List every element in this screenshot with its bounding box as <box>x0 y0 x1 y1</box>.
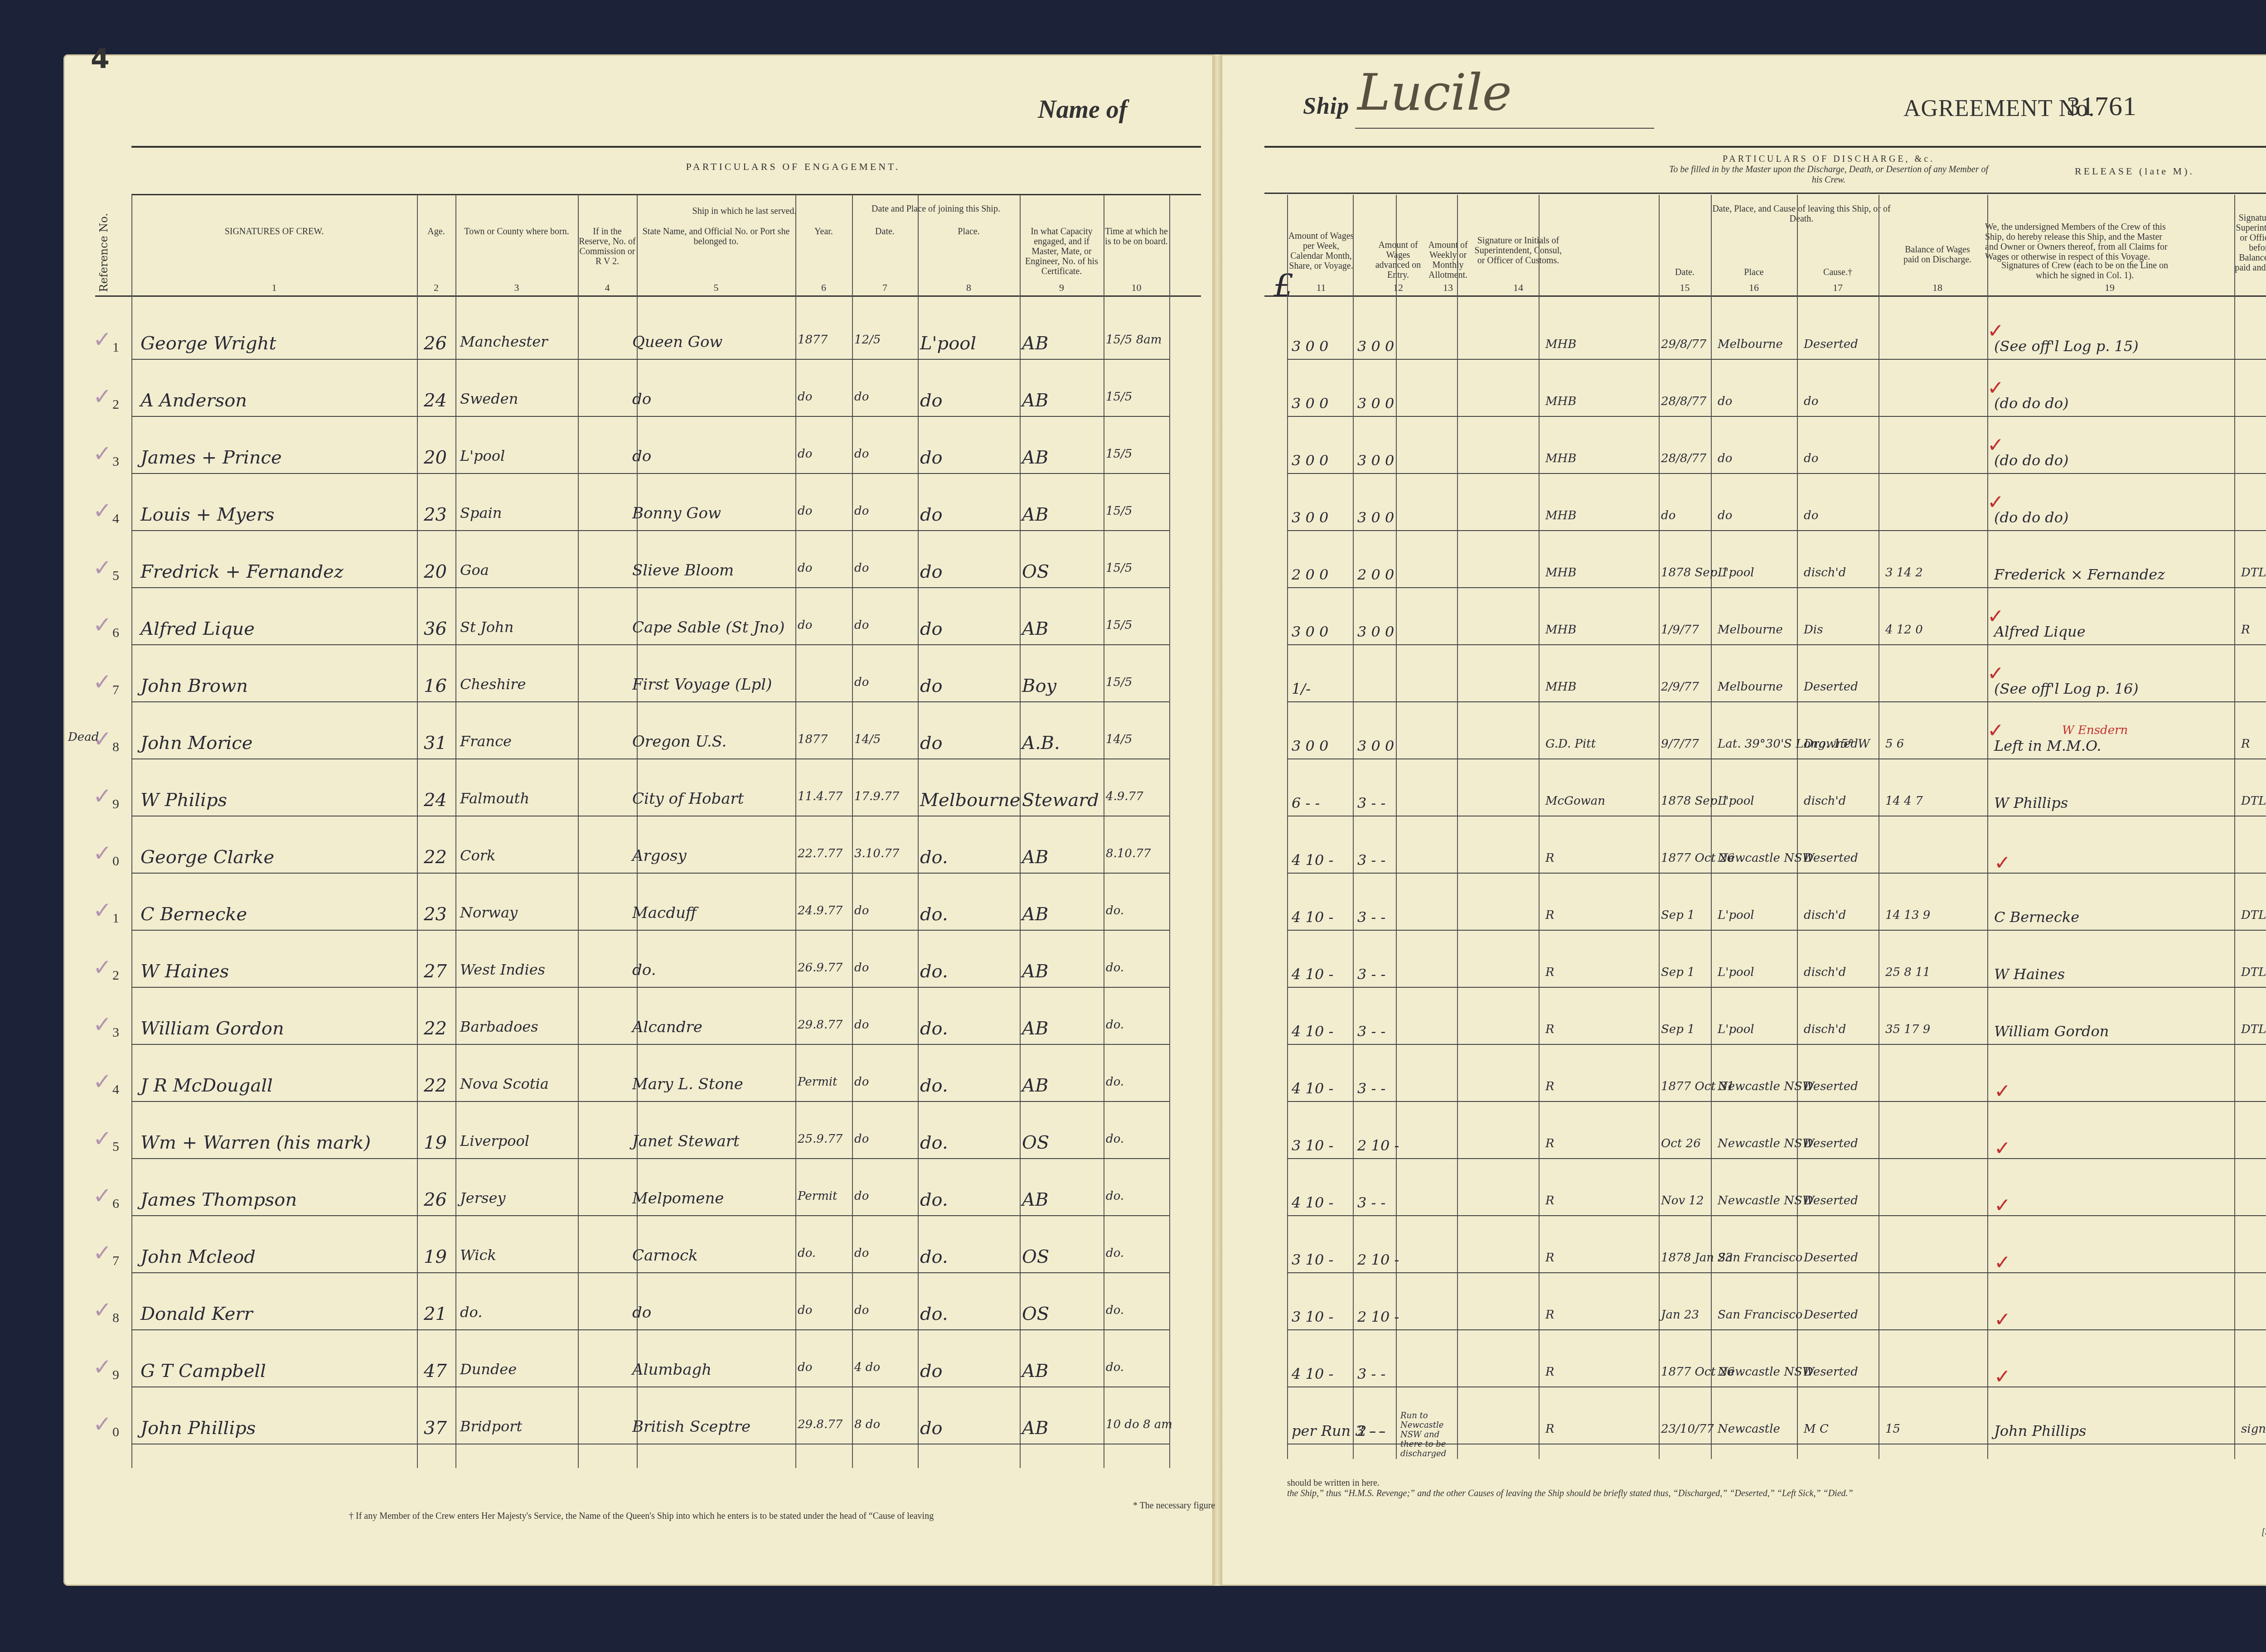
purple-tick-mark: ✓ <box>93 1183 112 1209</box>
cell-initials: R <box>1545 851 1554 865</box>
cell-place: do. <box>920 1018 948 1039</box>
cell-time: 15/5 <box>1106 390 1132 404</box>
cell-age: 27 <box>424 961 447 982</box>
cell-initials: R <box>1545 966 1554 979</box>
red-annotation: W Ensdern <box>2062 724 2128 737</box>
cell-place: Melbourne <box>1718 680 1783 694</box>
cell-year: 1877 <box>798 733 828 746</box>
cell-cause: Deserted <box>1804 1308 1858 1322</box>
ship-last-served-header: Ship in which he last served. <box>637 206 852 216</box>
cell-ship: Alcandre <box>632 1018 702 1036</box>
cell-date: do <box>854 561 869 575</box>
cell-born: Wick <box>460 1246 496 1264</box>
cell-release: (See off'l Log p. 16) <box>1994 680 2139 697</box>
cell-wages: 3 0 0 <box>1292 623 1328 640</box>
cell-advance: 2 10 - <box>1357 1137 1399 1154</box>
ship-name-underline <box>1355 128 1654 129</box>
cell-release: Frederick × Fernandez <box>1994 566 2165 583</box>
cell-initials: R <box>1545 1080 1554 1093</box>
cell-cause: Dis <box>1804 623 1823 637</box>
cell-place: Newcastle NSW <box>1718 1365 1815 1379</box>
cell-date: do <box>854 1246 869 1260</box>
sixteen-pages-note: [Sixteen Pages.] <box>2261 1527 2266 1537</box>
cell-time: do. <box>1106 1246 1124 1260</box>
reference-number: 3 <box>112 1025 119 1040</box>
cell-age: 37 <box>424 1418 447 1439</box>
header-rule-2 <box>131 194 1201 195</box>
right-col-header-13: Amount of Weekly or Monthly Allotment. <box>1421 240 1475 280</box>
cell-ship: First Voyage (Lpl) <box>632 676 772 694</box>
left-col-number-8: 8 <box>918 282 1020 294</box>
cell-ship: Queen Gow <box>632 333 722 351</box>
cell-place: do <box>920 561 943 582</box>
purple-tick-mark: ✓ <box>93 897 112 923</box>
cell-cause: M C <box>1804 1422 1829 1436</box>
cell-place: Newcastle NSW <box>1718 1194 1815 1208</box>
row-rule <box>1287 1158 2266 1159</box>
cell-date: do <box>854 1189 869 1203</box>
cell-place: L'pool <box>1718 1023 1754 1036</box>
row-rule <box>131 816 1169 816</box>
red-check-mark: ✓ <box>1987 719 2004 742</box>
cell-date: 8 do <box>854 1418 880 1431</box>
cell-place: do <box>1718 509 1732 522</box>
cell-place: do <box>1718 452 1732 465</box>
cell-initials: R <box>1545 908 1554 922</box>
cell-signature: Donald Kerr <box>140 1304 253 1324</box>
cell-release: (do do do) <box>1994 509 2069 526</box>
cell-born: West Indies <box>460 961 545 978</box>
cell-wages: 3 0 0 <box>1292 338 1328 355</box>
cell-advance: 2 10 - <box>1357 1308 1399 1325</box>
cell-date: do <box>854 1018 869 1032</box>
cell-advance: 3 0 0 <box>1357 623 1394 640</box>
cell-initials: MHB <box>1545 452 1576 465</box>
cell-date: 1/9/77 <box>1661 623 1699 637</box>
row-rule <box>131 1215 1169 1216</box>
row-rule <box>131 1101 1169 1102</box>
cell-advance: 3 - - <box>1357 1365 1385 1382</box>
row-rule <box>131 987 1169 988</box>
reference-number: 3 <box>112 454 119 469</box>
cell-date: do <box>854 1304 869 1317</box>
cell-cause: do <box>1804 395 1818 408</box>
right-header-rule-3 <box>1264 295 2266 297</box>
cell-advance: 3 0 0 <box>1357 509 1394 526</box>
reference-number: 7 <box>112 682 119 698</box>
cell-age: 20 <box>424 561 447 582</box>
reference-number: 5 <box>112 1139 119 1154</box>
cell-initials: R <box>1545 1251 1554 1265</box>
cell-officer: DTL <box>2241 908 2266 922</box>
row-rule <box>131 1044 1169 1045</box>
cell-age: 26 <box>424 333 447 354</box>
purple-tick-mark: ✓ <box>93 1011 112 1038</box>
cell-born: France <box>460 733 512 750</box>
cell-date: do <box>854 676 869 689</box>
cell-date: Oct 26 <box>1661 1137 1701 1150</box>
cell-date: 4 do <box>854 1361 880 1374</box>
discharge-row <box>1264 888 2266 924</box>
cell-ship: Slieve Bloom <box>632 561 734 580</box>
red-check-mark: ✓ <box>1987 434 2004 457</box>
cell-signature: G T Campbell <box>140 1361 266 1381</box>
right-header-rule <box>1264 146 2266 148</box>
cell-signature: John Mcleod <box>140 1246 256 1267</box>
cell-initials: MHB <box>1545 338 1576 351</box>
cell-time: do. <box>1106 1304 1124 1317</box>
cell-age: 16 <box>424 676 447 696</box>
cell-release: ✓ <box>1994 1137 2011 1160</box>
left-page-number: 4 <box>91 43 110 75</box>
cell-initials: MHB <box>1545 566 1576 580</box>
right-col-number-15: 15 <box>1659 282 1711 294</box>
cell-capacity: AB <box>1022 961 1048 982</box>
row-rule <box>1287 644 2266 645</box>
row-rule <box>1287 1272 2266 1273</box>
cell-time: 15/5 <box>1106 618 1132 632</box>
cell-release: ✓ <box>1994 1251 2011 1274</box>
reference-number: 1 <box>112 911 119 926</box>
row-rule <box>131 1386 1169 1387</box>
right-col-number-11: 11 <box>1287 282 1355 294</box>
cell-age: 22 <box>424 847 447 868</box>
cell-wages: 3 10 - <box>1292 1137 1333 1154</box>
left-col-header-1: SIGNATURES OF CREW. <box>131 227 417 237</box>
cell-age: 24 <box>424 790 447 811</box>
header-rule-3 <box>95 295 1201 297</box>
cell-advance: 2 10 - <box>1357 1251 1399 1268</box>
cell-time: 15/5 8am <box>1106 333 1162 347</box>
cell-wages: 4 10 - <box>1292 908 1333 926</box>
cell-date: 9/7/77 <box>1661 737 1699 751</box>
cell-cause: disch'd <box>1804 966 1846 979</box>
discharge-row <box>1264 431 2266 468</box>
cell-cause: Deserted <box>1804 1194 1858 1208</box>
cell-born: Nova Scotia <box>460 1075 549 1092</box>
cell-capacity: Boy <box>1022 676 1056 696</box>
cell-ship: Cape Sable (St Jno) <box>632 618 784 637</box>
cell-officer: DTL <box>2241 966 2266 979</box>
cell-officer: DTL <box>2241 566 2266 580</box>
cell-release: William Gordon <box>1994 1023 2109 1040</box>
cell-capacity: AB <box>1022 333 1048 354</box>
cell-signature: William Gordon <box>140 1018 284 1039</box>
right-col-header-17: Cause.† <box>1797 267 1879 277</box>
cell-place: Melbourne <box>920 790 1020 811</box>
cell-date: 14/5 <box>854 733 881 746</box>
cell-place: L'pool <box>1718 794 1754 808</box>
left-col-header-10: Time at which he is to be on board. <box>1104 227 1169 246</box>
cell-allot: Run to Newcastle NSW and there to be dis… <box>1400 1411 1455 1459</box>
cell-age: 21 <box>424 1304 447 1324</box>
cell-wages: 4 10 - <box>1292 851 1333 869</box>
left-col-number-3: 3 <box>455 282 578 294</box>
row-rule <box>1287 1215 2266 1216</box>
cell-release: W Haines <box>1994 966 2065 983</box>
cell-wages: 1/- <box>1292 680 1311 697</box>
cell-time: do. <box>1106 1075 1124 1089</box>
cell-initials: MHB <box>1545 395 1576 408</box>
cell-place: Newcastle <box>1718 1422 1780 1436</box>
cell-signature: Louis + Myers <box>140 504 275 525</box>
reference-number: 4 <box>112 1082 119 1097</box>
row-rule <box>131 930 1169 931</box>
cell-place: do. <box>920 1246 948 1267</box>
row-rule <box>1287 816 2266 816</box>
cell-year: Permit <box>798 1075 838 1089</box>
cell-capacity: OS <box>1022 1246 1049 1267</box>
cell-wages: 3 0 0 <box>1292 737 1328 754</box>
cell-capacity: AB <box>1022 1018 1048 1039</box>
cell-place: do <box>920 504 943 525</box>
cell-release: John Phillips <box>1994 1422 2086 1439</box>
red-check-mark: ✓ <box>1987 319 2004 343</box>
cell-cause: disch'd <box>1804 1023 1846 1036</box>
cell-year: 29.8.77 <box>798 1418 842 1431</box>
cell-ship: City of Hobart <box>632 790 744 808</box>
right-header-rule-2 <box>1264 193 2266 194</box>
right-col-header-18: Balance of Wages paid on Discharge. <box>1897 245 1978 265</box>
cell-born: Norway <box>460 904 518 921</box>
purple-tick-mark: ✓ <box>93 1125 112 1152</box>
cell-capacity: Steward <box>1022 790 1099 811</box>
cell-place: do. <box>920 1075 948 1096</box>
cell-time: do. <box>1106 1189 1124 1203</box>
row-rule <box>1287 473 2266 474</box>
cell-advance: 3 - - <box>1357 1080 1385 1097</box>
cell-advance: 3 0 0 <box>1357 395 1394 412</box>
right-col-number-17: 17 <box>1797 282 1879 294</box>
cell-ship: do <box>632 390 651 408</box>
purple-tick-mark: ✓ <box>93 1354 112 1380</box>
cell-ship: do. <box>632 961 656 979</box>
purple-tick-mark: ✓ <box>93 612 112 638</box>
left-col-header-3: Town or County where born. <box>455 227 578 237</box>
cell-signature: George Clarke <box>140 847 274 868</box>
cell-initials: R <box>1545 1422 1554 1436</box>
cell-year: do <box>798 1361 812 1374</box>
cell-balance: 25 8 11 <box>1885 966 1930 979</box>
cell-date: do <box>854 1132 869 1146</box>
row-rule <box>131 758 1169 759</box>
cell-advance: 3 0 0 <box>1357 338 1394 355</box>
row-rule <box>1287 987 2266 988</box>
cell-advance: 2 - - <box>1357 1422 1385 1439</box>
cell-year: do <box>798 504 812 518</box>
cell-cause: disch'd <box>1804 566 1846 580</box>
left-col-header-5: State Name, and Official No. or Port she… <box>637 227 795 246</box>
purple-tick-mark: ✓ <box>93 1240 112 1266</box>
cell-capacity: AB <box>1022 1189 1048 1210</box>
cell-release: C Bernecke <box>1994 908 2079 926</box>
cell-year: do <box>798 447 812 461</box>
reference-number: 6 <box>112 625 119 641</box>
cell-place: do <box>920 390 943 411</box>
cell-advance: 3 - - <box>1357 966 1385 983</box>
left-col-number-4: 4 <box>578 282 637 294</box>
right-col-header-15: Date. <box>1659 267 1711 277</box>
purple-tick-mark: ✓ <box>93 1411 112 1437</box>
row-rule <box>131 1329 1169 1330</box>
cell-date: Sep 1 <box>1661 966 1695 979</box>
cell-signature: Wm + Warren (his mark) <box>140 1132 371 1153</box>
cell-release: W Phillips <box>1994 794 2068 812</box>
cell-balance: 14 4 7 <box>1885 794 1923 808</box>
cell-initials: McGowan <box>1545 794 1605 808</box>
cell-year: 11.4.77 <box>798 790 842 803</box>
discharge-row <box>1264 1002 2266 1039</box>
purple-tick-mark: ✓ <box>93 326 112 353</box>
reference-number: 5 <box>112 568 119 584</box>
cell-born: Cork <box>460 847 495 864</box>
cell-signature: James Thompson <box>140 1189 297 1210</box>
cell-place: do <box>920 1418 943 1439</box>
row-rule <box>1287 1101 2266 1102</box>
cell-advance: 3 - - <box>1357 908 1385 926</box>
cell-capacity: A.B. <box>1022 733 1060 754</box>
right-col-header-20: Signature or Initials of Superintendent,… <box>2234 213 2266 273</box>
left-col-number-7: 7 <box>852 282 918 294</box>
cell-capacity: AB <box>1022 390 1048 411</box>
purple-tick-mark: ✓ <box>93 555 112 581</box>
cell-place: L'pool <box>920 333 976 354</box>
cell-advance: 3 - - <box>1357 1194 1385 1211</box>
reference-number: 4 <box>112 511 119 527</box>
cell-born: Sweden <box>460 390 518 407</box>
row-rule <box>131 473 1169 474</box>
row-rule <box>1287 758 2266 759</box>
right-col-number-12: 12 <box>1369 282 1428 294</box>
section-discharge: PARTICULARS OF DISCHARGE, &c. To be fill… <box>1668 154 1990 185</box>
cell-year: 1877 <box>798 333 828 347</box>
cell-year: do <box>798 561 812 575</box>
reference-number: 8 <box>112 739 119 755</box>
purple-tick-mark: ✓ <box>93 954 112 981</box>
cell-release: (do do do) <box>1994 395 2069 412</box>
cell-place: San Francisco <box>1718 1308 1802 1322</box>
cell-date: Sep 1 <box>1661 908 1695 922</box>
red-check-mark: ✓ <box>1987 662 2004 685</box>
cell-initials: R <box>1545 1365 1554 1379</box>
ship-label: Ship <box>1303 93 1349 120</box>
cell-place: do <box>1718 395 1732 408</box>
left-col-header-7: Date. <box>852 227 918 237</box>
header-rule <box>131 146 1201 148</box>
row-rule <box>1287 359 2266 360</box>
red-check-mark: ✓ <box>1987 377 2004 400</box>
purple-tick-mark: ✓ <box>93 840 112 866</box>
cell-initials: MHB <box>1545 509 1576 522</box>
cell-balance: 4 12 0 <box>1885 623 1923 637</box>
cell-place: Newcastle NSW <box>1718 1080 1815 1093</box>
purple-tick-mark: ✓ <box>93 783 112 809</box>
cell-cause: do <box>1804 452 1818 465</box>
cell-age: 20 <box>424 447 447 468</box>
margin-note: Dead <box>68 730 99 744</box>
cell-advance: 3 - - <box>1357 851 1385 869</box>
release-signature-note: Signatures of Crew (each to be on the Li… <box>1994 261 2175 280</box>
cell-signature: James + Prince <box>140 447 282 468</box>
reference-number: 9 <box>112 797 119 812</box>
cell-release: ✓ <box>1994 851 2011 874</box>
cell-wages: 3 0 0 <box>1292 395 1328 412</box>
cell-ship: do <box>632 447 651 465</box>
cell-release: ✓ <box>1994 1308 2011 1331</box>
cell-time: do. <box>1106 1018 1124 1032</box>
cell-born: Barbadoes <box>460 1018 538 1035</box>
cell-date: do <box>1661 509 1675 522</box>
section-engagement: PARTICULARS OF ENGAGEMENT. <box>544 161 1042 173</box>
cell-signature: W Haines <box>140 961 229 982</box>
row-rule <box>1287 930 2266 931</box>
book-gutter <box>1212 54 1222 1586</box>
cell-born: Liverpool <box>460 1132 529 1150</box>
cell-signature: J R McDougall <box>140 1075 273 1096</box>
cell-date: 28/8/77 <box>1661 395 1706 408</box>
cell-date: 2/9/77 <box>1661 680 1699 694</box>
row-rule <box>131 701 1169 702</box>
agreement-label: AGREEMENT No. <box>1903 95 2095 122</box>
footnote-star-cont: should be written in here. <box>1287 1478 1380 1488</box>
cell-ship: Oregon U.S. <box>632 733 726 751</box>
row-rule <box>131 1444 1169 1444</box>
cell-officer: R <box>2241 623 2250 637</box>
cell-capacity: AB <box>1022 504 1048 525</box>
cell-place: do <box>920 447 943 468</box>
row-rule <box>131 1272 1169 1273</box>
cell-year: 22.7.77 <box>798 847 842 860</box>
cell-officer: DTL <box>2241 794 2266 808</box>
cell-officer: signature <box>2241 1422 2266 1436</box>
cell-release: ✓ <box>1994 1194 2011 1217</box>
cell-officer: DTL <box>2241 1023 2266 1036</box>
left-col-header-8: Place. <box>918 227 1020 237</box>
left-col-number-10: 10 <box>1104 282 1169 294</box>
purple-tick-mark: ✓ <box>93 383 112 410</box>
cell-year: do <box>798 618 812 632</box>
right-col-header-16: Place <box>1711 267 1797 277</box>
cell-balance: 35 17 9 <box>1885 1023 1930 1036</box>
cell-signature: John Morice <box>140 733 252 754</box>
cell-balance: 14 13 9 <box>1885 908 1930 922</box>
row-rule <box>131 1158 1169 1159</box>
cell-ship: Bonny Gow <box>632 504 721 522</box>
cell-signature: A Anderson <box>140 390 247 411</box>
discharge-row <box>1264 488 2266 525</box>
cell-date: Sep 1 <box>1661 1023 1695 1036</box>
cell-wages: 6 - - <box>1292 794 1320 812</box>
footnote-star: * The necessary figure <box>1133 1501 1215 1511</box>
cell-time: 15/5 <box>1106 676 1132 689</box>
footnote-dagger: † If any Member of the Crew enters Her M… <box>349 1511 934 1522</box>
left-col-number-6: 6 <box>795 282 852 294</box>
cell-balance: 5 6 <box>1885 737 1904 751</box>
cell-born: Bridport <box>460 1418 522 1435</box>
cell-place: do. <box>920 1132 948 1153</box>
reference-number: 1 <box>112 340 119 355</box>
left-col-header-9: In what Capacity engaged, and if Master,… <box>1020 227 1104 276</box>
row-rule <box>131 587 1169 588</box>
cell-cause: do <box>1804 509 1818 522</box>
cell-place: do. <box>920 1189 948 1210</box>
cell-advance: 3 - - <box>1357 1023 1385 1040</box>
cell-wages: 3 0 0 <box>1292 452 1328 469</box>
purple-tick-mark: ✓ <box>93 1068 112 1095</box>
cell-place: L'pool <box>1718 566 1754 580</box>
row-rule <box>131 873 1169 874</box>
row-rule <box>131 530 1169 531</box>
